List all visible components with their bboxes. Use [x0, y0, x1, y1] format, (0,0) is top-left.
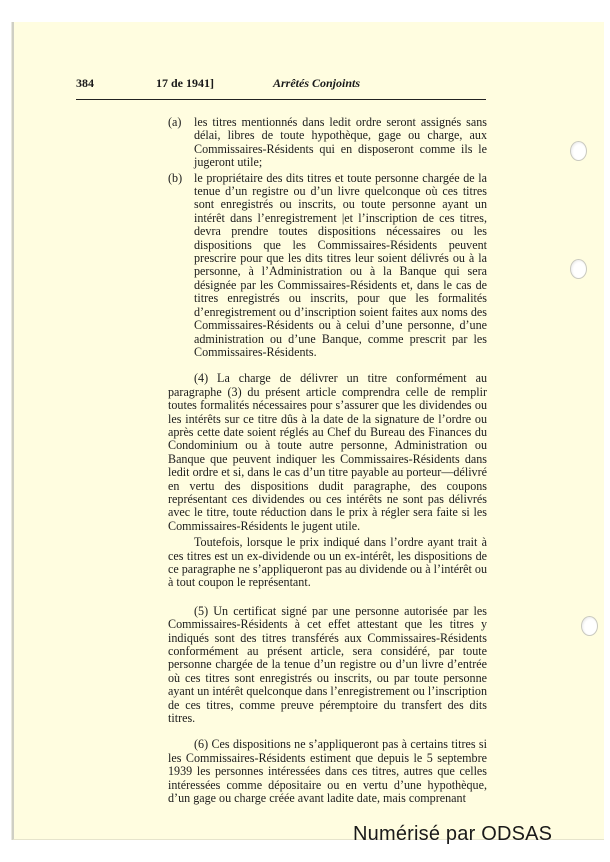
digitization-watermark: Numérisé par ODSAS — [353, 823, 552, 846]
punch-hole-icon — [570, 259, 587, 279]
list-item-a: (a) les titres mentionnés dans ledit ord… — [168, 116, 487, 170]
paragraph-toutefois: Toutefois, lorsque le prix indiqué dans … — [168, 536, 487, 590]
page-header: 384 17 de 1941] Arrêtés Conjoints — [76, 76, 486, 92]
header-date: 17 de 1941] — [156, 76, 214, 91]
header-title: Arrêtés Conjoints — [273, 76, 360, 91]
list-item-b: (b) le propriétaire des dits titres et t… — [168, 172, 487, 360]
punch-hole-icon — [581, 616, 598, 636]
header-rule — [76, 99, 486, 100]
document-page: 384 17 de 1941] Arrêtés Conjoints (a) le… — [12, 22, 604, 840]
punch-hole-icon — [570, 141, 587, 161]
paragraph-5: (5) Un certificat signé par une personne… — [168, 605, 487, 726]
item-label: (a) — [168, 116, 181, 129]
item-text: les titres mentionnés dans ledit ordre s… — [194, 115, 487, 169]
item-label: (b) — [168, 172, 182, 185]
item-text: le propriétaire des dits titres et toute… — [194, 171, 487, 359]
page-number: 384 — [76, 76, 94, 91]
paragraph-4: (4) La charge de délivrer un titre confo… — [168, 372, 487, 533]
paragraph-6: (6) Ces dispositions ne s’appliqueront p… — [168, 738, 487, 805]
body-text: (a) les titres mentionnés dans ledit ord… — [168, 116, 487, 806]
